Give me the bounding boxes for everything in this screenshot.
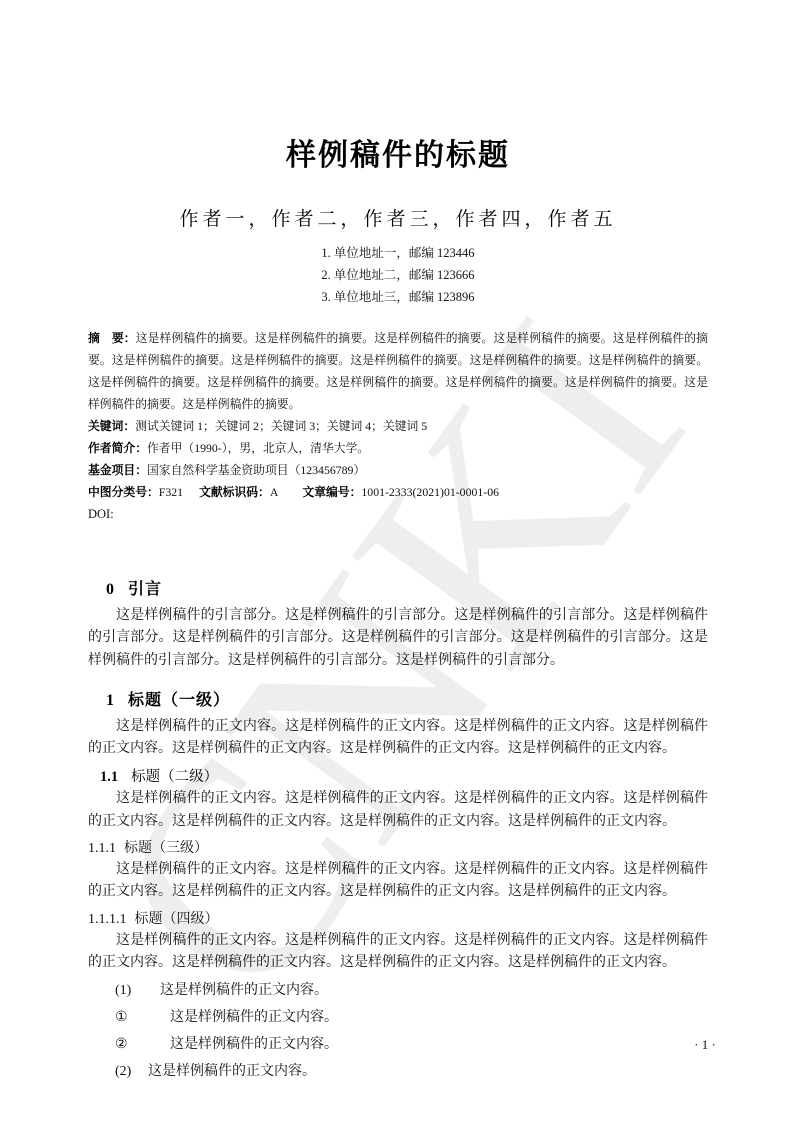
- list-item-text: 这是样例稿件的正文内容。: [170, 1037, 338, 1052]
- article-no-label: 文章编号：: [302, 485, 361, 499]
- list-marker: (1): [115, 977, 160, 1004]
- page-number: · 1 ·: [672, 1037, 738, 1053]
- section-number: 1.1.1.1: [88, 912, 127, 927]
- section-number: 1: [106, 692, 114, 709]
- list-marker: ②: [115, 1031, 170, 1058]
- doi-line: DOI:: [88, 503, 708, 526]
- keywords-text: 测试关键词 1；关键词 2；关键词 3；关键词 4；关键词 5: [135, 419, 427, 433]
- doc-code-value: A: [270, 485, 279, 499]
- section-number: 0: [106, 581, 114, 598]
- article-no-value: 1001-2333(2021)01-0001-06: [361, 485, 499, 499]
- keywords-label: 关键词：: [88, 419, 135, 433]
- author-bio-label: 作者简介：: [88, 441, 147, 455]
- section-heading-level3: 1.1.1标题（三级）: [88, 837, 708, 857]
- funding-line: 基金项目：国家自然科学基金资助项目（123456789）: [88, 459, 708, 481]
- funding-label: 基金项目：: [88, 463, 147, 477]
- doc-code-label: 文献标识码：: [199, 485, 270, 499]
- list-item-text: 这是样例稿件的正文内容。: [160, 983, 328, 998]
- affiliations-block: 1. 单位地址一，邮编 123446 2. 单位地址二，邮编 123666 3.…: [88, 242, 708, 308]
- list-item: ①这是样例稿件的正文内容。: [88, 1004, 708, 1031]
- funding-text: 国家自然科学基金资助项目（123456789）: [147, 463, 365, 477]
- section-number: 1.1: [100, 769, 118, 785]
- affiliation-line-1: 1. 单位地址一，邮编 123446: [88, 242, 708, 264]
- front-matter: 摘 要：这是样例稿件的摘要。这是样例稿件的摘要。这是样例稿件的摘要。这是样例稿件…: [88, 327, 708, 526]
- body-sections: 0引言 这是样例稿件的引言部分。这是样例稿件的引言部分。这是样例稿件的引言部分。…: [88, 576, 708, 1085]
- list-item: ②这是样例稿件的正文内容。: [88, 1031, 708, 1058]
- section-body-level1: 这是样例稿件的正文内容。这是样例稿件的正文内容。这是样例稿件的正文内容。这是样例…: [88, 716, 708, 761]
- list-item: (1)这是样例稿件的正文内容。: [88, 977, 708, 1004]
- keywords-line: 关键词：测试关键词 1；关键词 2；关键词 3；关键词 4；关键词 5: [88, 415, 708, 437]
- list-item-text: 这是样例稿件的正文内容。: [148, 1064, 316, 1079]
- classification-line: 中图分类号：F321文献标识码：A文章编号：1001-2333(2021)01-…: [88, 481, 708, 503]
- section-title: 标题（三级）: [124, 841, 208, 856]
- affiliation-line-2: 2. 单位地址二，邮编 123666: [88, 264, 708, 286]
- list-marker: (2): [115, 1058, 148, 1085]
- list-item: (2)这是样例稿件的正文内容。: [88, 1058, 708, 1085]
- paper-page: CNKI 样例稿件的标题 作者一，作者二，作者三，作者四，作者五 1. 单位地址…: [0, 0, 794, 1123]
- list-item-text: 这是样例稿件的正文内容。: [170, 1010, 338, 1025]
- affiliation-line-3: 3. 单位地址三，邮编 123896: [88, 286, 708, 308]
- abstract-label: 摘 要：: [88, 331, 136, 345]
- author-bio-line: 作者简介：作者甲（1990-），男，北京人，清华大学。: [88, 437, 708, 459]
- section-heading-level4: 1.1.1.1标题（四级）: [88, 908, 708, 928]
- list-marker: ①: [115, 1004, 170, 1031]
- section-body-level2: 这是样例稿件的正文内容。这是样例稿件的正文内容。这是样例稿件的正文内容。这是样例…: [88, 788, 708, 833]
- clc-label: 中图分类号：: [88, 485, 159, 499]
- section-title: 标题（四级）: [135, 912, 219, 927]
- authors-line: 作者一，作者二，作者三，作者四，作者五: [88, 204, 708, 231]
- section-number: 1.1.1: [88, 841, 116, 856]
- section-heading-level2: 1.1标题（二级）: [100, 765, 708, 786]
- paper-title: 样例稿件的标题: [88, 130, 708, 174]
- author-bio-text: 作者甲（1990-），男，北京人，清华大学。: [147, 441, 369, 455]
- paper-content: 样例稿件的标题 作者一，作者二，作者三，作者四，作者五 1. 单位地址一，邮编 …: [88, 0, 708, 1085]
- abstract-text: 这是样例稿件的摘要。这是样例稿件的摘要。这是样例稿件的摘要。这是样例稿件的摘要。…: [88, 331, 708, 411]
- section-title: 标题（一级）: [128, 692, 230, 709]
- section-body-level4: 这是样例稿件的正文内容。这是样例稿件的正文内容。这是样例稿件的正文内容。这是样例…: [88, 930, 708, 975]
- section-title: 标题（二级）: [131, 769, 218, 785]
- enumerated-list: (1)这是样例稿件的正文内容。 ①这是样例稿件的正文内容。 ②这是样例稿件的正文…: [88, 977, 708, 1085]
- section-heading-intro: 0引言: [106, 576, 708, 599]
- section-body-level3: 这是样例稿件的正文内容。这是样例稿件的正文内容。这是样例稿件的正文内容。这是样例…: [88, 859, 708, 904]
- section-body-intro: 这是样例稿件的引言部分。这是样例稿件的引言部分。这是样例稿件的引言部分。这是样例…: [88, 605, 708, 672]
- clc-value: F321: [159, 485, 183, 499]
- section-title: 引言: [128, 581, 162, 598]
- section-heading-level1: 1标题（一级）: [106, 687, 708, 710]
- abstract-paragraph: 摘 要：这是样例稿件的摘要。这是样例稿件的摘要。这是样例稿件的摘要。这是样例稿件…: [88, 327, 708, 415]
